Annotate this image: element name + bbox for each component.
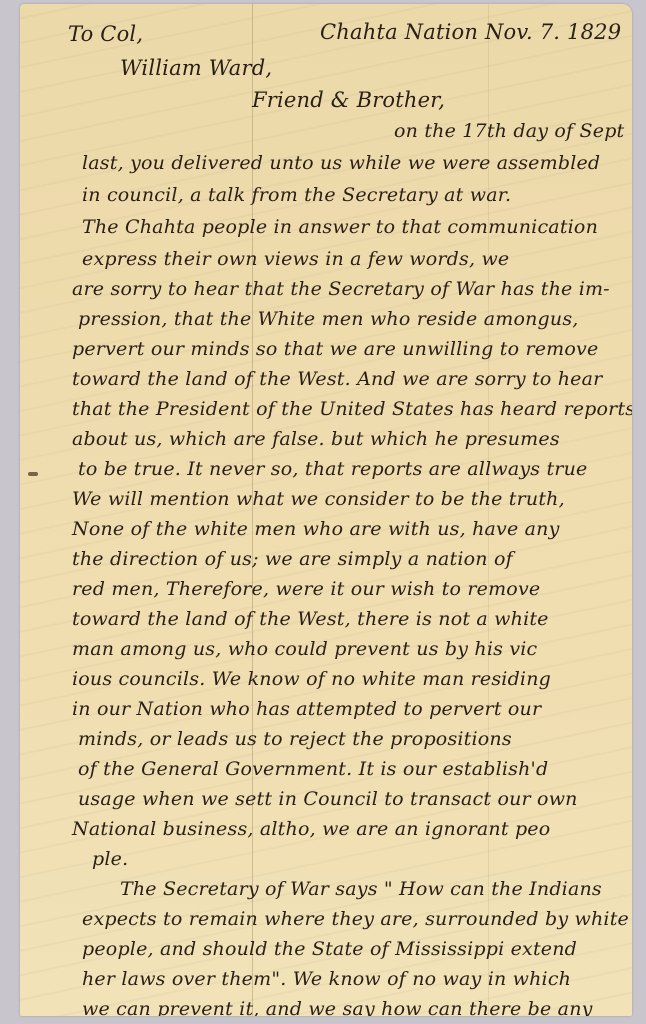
body-line: the direction of us; we are simply a nat… [72, 548, 513, 570]
body-line: toward the land of the West. And we are … [72, 368, 602, 390]
body-line: usage when we sett in Council to transac… [78, 788, 578, 810]
body-line: to be true. It never so, that reports ar… [78, 458, 587, 480]
body-line: man among us, who could prevent us by hi… [72, 638, 537, 660]
body-line: about us, which are false. but which he … [72, 428, 560, 450]
body-line: on the 17th day of Sept [394, 120, 624, 142]
body-line: None of the white men who are with us, h… [72, 518, 560, 540]
body-line: ious councils. We know of no white man r… [72, 668, 551, 690]
body-line: We will mention what we consider to be t… [72, 488, 565, 510]
body-line: are sorry to hear that the Secretary of … [72, 278, 610, 300]
body-line: The Secretary of War says " How can the … [120, 878, 602, 900]
body-line: red men, Therefore, were it our wish to … [72, 578, 540, 600]
body-line: her laws over them". We know of no way i… [82, 968, 571, 990]
body-line: in council, a talk from the Secretary at… [82, 184, 511, 206]
place-date: Chahta Nation Nov. 7. 1829 [320, 20, 621, 44]
body-line: minds, or leads us to reject the proposi… [78, 728, 512, 750]
body-line: ple. [92, 848, 128, 870]
body-line: of the General Government. It is our est… [78, 758, 548, 780]
body-line: National business, altho, we are an igno… [72, 818, 550, 840]
body-line: express their own views in a few words, … [82, 248, 509, 270]
body-line: expects to remain where they are, surrou… [82, 908, 629, 930]
addressee-line-2: William Ward, [120, 56, 272, 80]
salutation: Friend & Brother, [252, 88, 445, 112]
margin-ink-mark [28, 472, 38, 476]
body-line: that the President of the United States … [72, 398, 632, 420]
body-line: pervert our minds so that we are unwilli… [72, 338, 598, 360]
letter-page: To Col, Chahta Nation Nov. 7. 1829 Willi… [20, 4, 632, 1016]
addressee-line-1: To Col, [68, 22, 143, 46]
body-line: last, you delivered unto us while we wer… [82, 152, 600, 174]
body-line: we can prevent it, and we say how can th… [82, 998, 593, 1016]
body-line: people, and should the State of Mississi… [82, 938, 577, 960]
body-line: toward the land of the West, there is no… [72, 608, 549, 630]
body-line: pression, that the White men who reside … [78, 308, 579, 330]
body-line: The Chahta people in answer to that comm… [82, 216, 598, 238]
body-line: in our Nation who has attempted to perve… [72, 698, 541, 720]
